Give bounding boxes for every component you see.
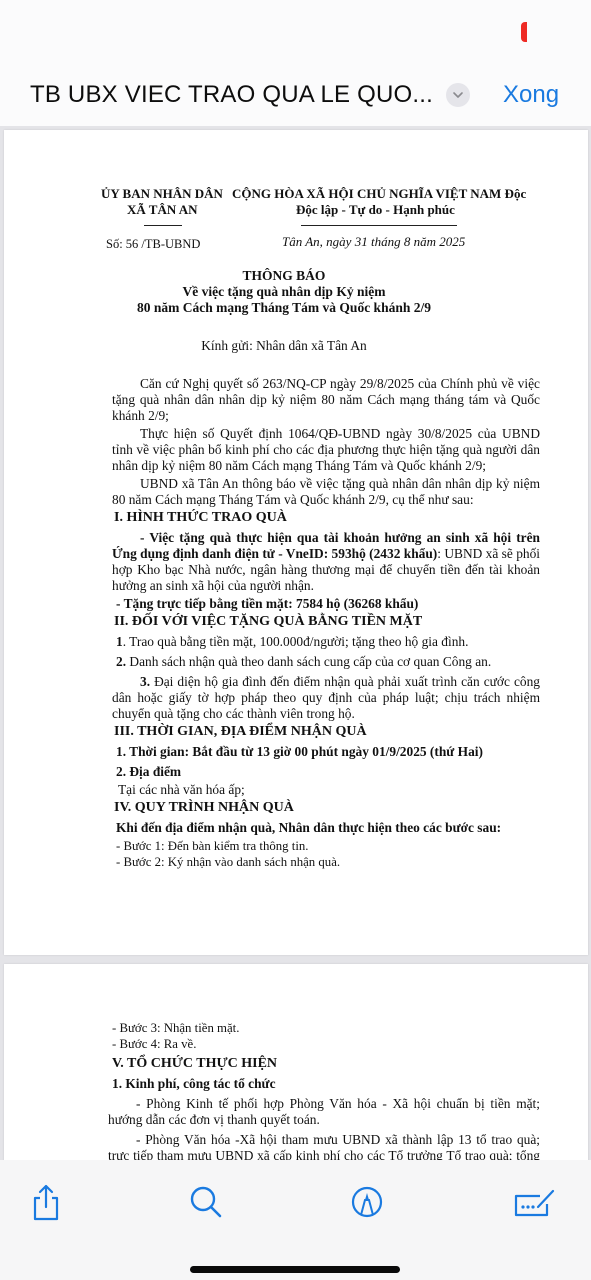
section-5-heading: V. TỔ CHỨC THỰC HIỆN xyxy=(112,1056,277,1072)
section-3-place-label: 2. Địa điểm xyxy=(116,764,181,780)
done-button[interactable]: Xong xyxy=(503,81,559,109)
status-bar xyxy=(0,0,591,60)
motto-underline xyxy=(301,225,457,226)
paragraph-legal-basis-1: Căn cứ Nghị quyết số 263/NQ-CP ngày 29/8… xyxy=(112,376,540,424)
pdf-page-2: - Bước 3: Nhận tiền mặt. - Bước 4: Ra về… xyxy=(4,964,588,1160)
chevron-down-icon xyxy=(452,91,464,99)
share-icon xyxy=(26,1182,66,1222)
national-motto-line2: Độc lập - Tự do - Hạnh phúc xyxy=(296,202,455,218)
section-5-item-2: - Phòng Văn hóa -Xã hội tham mưu UBND xã… xyxy=(108,1132,540,1160)
section-4-step-4: - Bước 4: Ra về. xyxy=(112,1036,196,1052)
section-2-item-3: 3. Đại diện hộ gia đình đến điểm nhận qu… xyxy=(112,674,540,722)
recipient-line: Kính gửi: Nhân dân xã Tân An xyxy=(4,338,564,354)
home-indicator xyxy=(190,1266,400,1273)
section-5-item-1: - Phòng Kinh tế phối hợp Phòng Văn hóa -… xyxy=(108,1096,540,1128)
section-4-step-1: - Bước 1: Đến bàn kiểm tra thông tin. xyxy=(116,838,308,854)
notice-subtitle-line1: Về việc tặng quà nhân dịp Kỷ niệm xyxy=(4,284,564,300)
search-button[interactable] xyxy=(186,1182,226,1222)
section-2-item-2: 2. Danh sách nhận quà theo danh sách cun… xyxy=(116,654,491,670)
document-title[interactable]: TB UBX VIEC TRAO QUA LE QUO... xyxy=(30,81,433,109)
title-menu-button[interactable] xyxy=(446,83,470,107)
national-motto-line1: CỘNG HÒA XÃ HỘI CHỦ NGHĨA VIỆT NAM Độc xyxy=(232,186,526,202)
section-2-item-1: 1. Trao quà bằng tiền mặt, 100.000đ/ngườ… xyxy=(116,634,468,650)
issuing-org-line2: XÃ TÂN AN xyxy=(127,202,198,218)
org-underline xyxy=(144,225,182,226)
section-1-item-2: - Tặng trực tiếp bằng tiền mặt: 7584 hộ … xyxy=(116,596,418,612)
section-1-heading: I. HÌNH THỨC TRAO QUÀ xyxy=(114,510,287,526)
place-date: Tân An, ngày 31 tháng 8 năm 2025 xyxy=(282,234,465,250)
section-4-intro: Khi đến địa điểm nhận quà, Nhân dân thực… xyxy=(116,820,501,836)
section-4-heading: IV. QUY TRÌNH NHẬN QUÀ xyxy=(114,800,294,816)
section-1-item-1: - Việc tặng quà thực hiện qua tài khoản … xyxy=(112,530,540,594)
section-4-step-3: - Bước 3: Nhận tiền mặt. xyxy=(112,1020,239,1036)
item-number: 1 xyxy=(116,634,123,649)
paragraph-legal-basis-2: Thực hiện số Quyết định 1064/QĐ-UBND ngà… xyxy=(112,426,540,474)
document-number: Số: 56 /TB-UBND xyxy=(106,236,200,252)
signature-button[interactable] xyxy=(510,1182,558,1222)
markup-button[interactable] xyxy=(346,1182,386,1222)
section-4-step-2: - Bước 2: Ký nhận vào danh sách nhận quà… xyxy=(116,854,340,870)
section-3-place: Tại các nhà văn hóa ấp; xyxy=(118,782,245,798)
notice-subtitle-line2: 80 năm Cách mạng Tháng Tám và Quốc khánh… xyxy=(4,300,564,316)
section-2-heading: II. ĐỐI VỚI VIỆC TẶNG QUÀ BẰNG TIỀN MẶT xyxy=(114,614,422,630)
item-text: Đại diện hộ gia đình đến điểm nhận quà p… xyxy=(112,674,540,721)
item-text: . Trao quà bằng tiền mặt, 100.000đ/người… xyxy=(123,634,469,649)
paragraph-announcement: UBND xã Tân An thông báo về việc tặng qu… xyxy=(112,476,540,508)
section-3-time: 1. Thời gian: Bắt đầu từ 13 giờ 00 phút … xyxy=(116,744,483,760)
section-3-heading: III. THỜI GIAN, ĐỊA ĐIỂM NHẬN QUÀ xyxy=(114,724,367,740)
notice-title: THÔNG BÁO xyxy=(4,268,564,284)
nav-bar: TB UBX VIEC TRAO QUA LE QUO... Xong xyxy=(0,60,591,126)
item-number: 3. xyxy=(140,674,150,689)
section-5-subheading-1: 1. Kinh phí, công tác tổ chức xyxy=(112,1076,276,1092)
pdf-viewer[interactable]: ỦY BAN NHÂN DÂN XÃ TÂN AN CỘNG HÒA XÃ HỘ… xyxy=(0,126,591,1160)
markup-icon xyxy=(346,1182,386,1222)
pdf-page-1: ỦY BAN NHÂN DÂN XÃ TÂN AN CỘNG HÒA XÃ HỘ… xyxy=(4,130,588,955)
signature-icon xyxy=(510,1182,558,1222)
share-button[interactable] xyxy=(26,1182,66,1222)
item-text: Danh sách nhận quà theo danh sách cung c… xyxy=(126,654,491,669)
recording-indicator-icon xyxy=(521,22,527,42)
item-number: 2. xyxy=(116,654,126,669)
issuing-org-line1: ỦY BAN NHÂN DÂN xyxy=(101,186,223,202)
search-icon xyxy=(186,1182,226,1222)
bottom-toolbar xyxy=(0,1160,591,1280)
